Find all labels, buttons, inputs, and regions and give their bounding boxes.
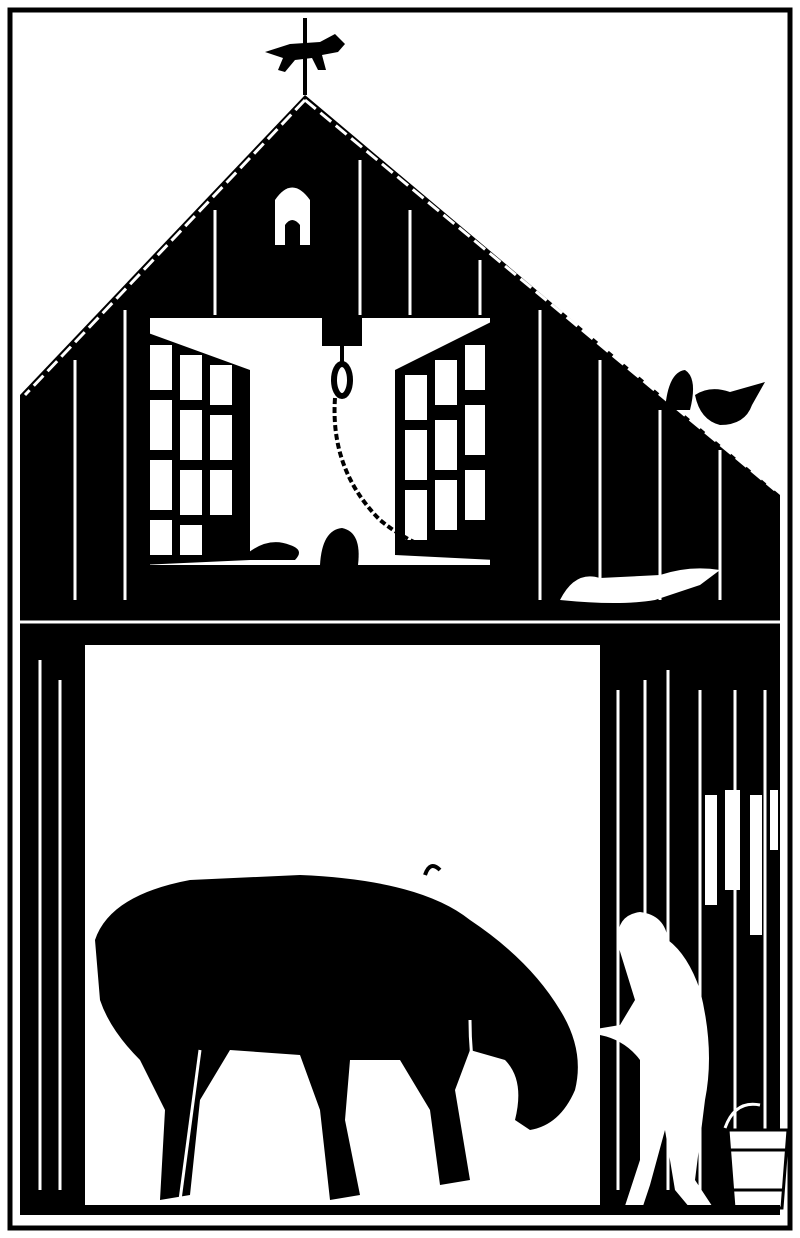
barn-illustration (0, 0, 800, 1238)
weathervane-icon (265, 18, 345, 95)
hen-silhouette (695, 382, 765, 425)
hayloft-door-left (140, 330, 250, 565)
barn-beam (20, 605, 780, 645)
owl-silhouette (285, 220, 300, 245)
bird-silhouette (665, 370, 693, 410)
